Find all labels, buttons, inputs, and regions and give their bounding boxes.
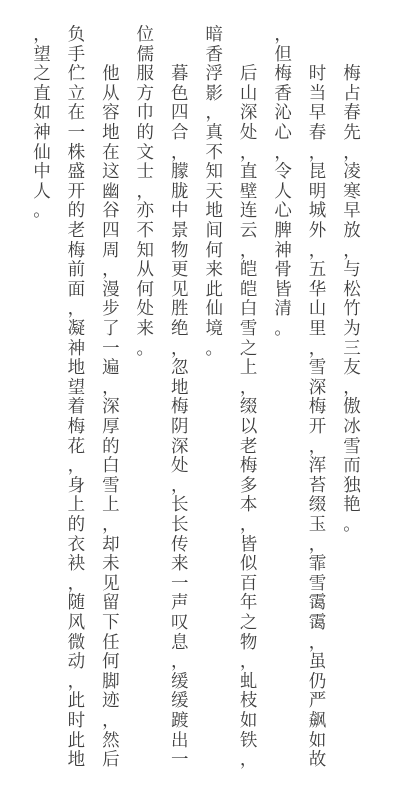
character-cell: 。: [205, 340, 223, 360]
character-cell: ，: [171, 653, 189, 673]
character-cell: 盛: [67, 163, 85, 183]
character-cell: 傲: [343, 398, 361, 418]
paragraph-5: 他从容地在这幽谷四周，漫步了一遍，深厚的白雪上，却未见留下任何脚迹，然后负手伫立…: [0, 0, 400, 800]
character-cell: 此: [205, 281, 223, 301]
character-cell: ，: [171, 340, 189, 360]
character-cell: 以: [240, 418, 258, 438]
character-cell: 。: [33, 202, 51, 222]
character-cell: 厚: [102, 418, 120, 438]
character-cell: 老: [67, 222, 85, 242]
character-cell: 此: [67, 732, 85, 752]
character-cell: 四: [102, 222, 120, 242]
character-cell: 位: [136, 26, 154, 46]
character-cell: ，: [136, 183, 154, 203]
character-cell: ，: [240, 379, 258, 399]
character-cell: 上: [240, 359, 258, 379]
character-cell: 上: [102, 496, 120, 516]
character-cell: 早: [343, 202, 361, 222]
character-cell: 负: [67, 26, 85, 46]
character-cell: 地: [171, 379, 189, 399]
character-cell: 着: [67, 398, 85, 418]
paragraph-3: 后山深处，直壁连云，皑皑白雪之上，缀以老梅多本，皆似百年之物，虬枝如铁，暗香浮影…: [0, 0, 400, 800]
character-cell: 外: [309, 222, 327, 242]
character-cell: 白: [240, 300, 258, 320]
character-cell: 遍: [102, 359, 120, 379]
character-cell: 云: [240, 222, 258, 242]
character-cell: 何: [136, 281, 154, 301]
character-cell: 立: [67, 85, 85, 105]
character-cell: 艳: [343, 496, 361, 516]
character-cell: 雪: [343, 438, 361, 458]
character-cell: ，: [67, 300, 85, 320]
character-cell: ，: [240, 516, 258, 536]
character-cell: ，: [274, 26, 292, 46]
character-cell: 梅: [274, 65, 292, 85]
character-cell: 从: [102, 85, 120, 105]
character-cell: 五: [309, 261, 327, 281]
character-cell: 暮: [171, 65, 189, 85]
reader-page: 梅占春先，凌寒早放，与松竹为三友，傲冰雪而独艳。时当早春，昆明城外，五华山里，雪…: [0, 0, 400, 800]
character-cell: 玉: [309, 516, 327, 536]
character-cell: 仙: [205, 300, 223, 320]
character-cell: 早: [309, 104, 327, 124]
character-cell: 仙: [33, 144, 51, 164]
character-cell: 雪: [309, 359, 327, 379]
character-cell: 明: [309, 183, 327, 203]
character-cell: 幽: [102, 183, 120, 203]
character-cell: 缓: [171, 692, 189, 712]
character-cell: 白: [102, 457, 120, 477]
character-cell: 先: [343, 124, 361, 144]
character-cell: 山: [309, 300, 327, 320]
character-cell: 处: [240, 124, 258, 144]
character-cell: 飙: [309, 712, 327, 732]
character-cell: 间: [205, 222, 223, 242]
character-cell: 漫: [102, 281, 120, 301]
character-cell: 更: [171, 261, 189, 281]
character-cell: 骨: [274, 261, 292, 281]
paragraph-4: 暮色四合，朦胧中景物更见胜绝，忽地梅阴深处，长长传来一声叹息，缓缓踱出一位儒服方…: [0, 0, 400, 800]
character-cell: 梅: [343, 65, 361, 85]
character-cell: 梅: [171, 398, 189, 418]
character-cell: 缓: [171, 673, 189, 693]
character-cell: 香: [205, 46, 223, 66]
character-cell: ，: [240, 653, 258, 673]
character-cell: 地: [205, 202, 223, 222]
character-cell: 清: [274, 300, 292, 320]
character-cell: 壁: [240, 183, 258, 203]
character-cell: 皑: [240, 281, 258, 301]
character-cell: 叹: [171, 614, 189, 634]
character-cell: 容: [102, 104, 120, 124]
character-cell: 苔: [309, 477, 327, 497]
character-cell: 冰: [343, 418, 361, 438]
character-cell: 三: [343, 340, 361, 360]
character-cell: 后: [102, 751, 120, 771]
character-cell: 之: [240, 614, 258, 634]
character-cell: 霭: [309, 594, 327, 614]
character-cell: 里: [309, 320, 327, 340]
character-cell: 出: [171, 732, 189, 752]
character-cell: 时: [67, 712, 85, 732]
character-cell: 春: [309, 124, 327, 144]
character-cell: 的: [102, 438, 120, 458]
character-cell: 知: [205, 163, 223, 183]
character-cell: ，: [309, 242, 327, 262]
character-cell: 竹: [343, 300, 361, 320]
character-cell: 声: [171, 594, 189, 614]
character-cell: 脚: [102, 673, 120, 693]
character-cell: 胧: [171, 183, 189, 203]
character-cell: 皆: [240, 536, 258, 556]
character-cell: ，: [274, 144, 292, 164]
character-cell: 寒: [343, 183, 361, 203]
character-cell: 步: [102, 300, 120, 320]
character-cell: 处: [171, 457, 189, 477]
character-cell: 下: [102, 614, 120, 634]
character-cell: 息: [171, 634, 189, 654]
character-cell: 之: [33, 65, 51, 85]
character-cell: 深: [102, 398, 120, 418]
character-cell: 梅: [309, 398, 327, 418]
character-cell: 香: [274, 85, 292, 105]
character-cell: 仍: [309, 673, 327, 693]
character-cell: ，: [102, 379, 120, 399]
character-cell: ，: [343, 144, 361, 164]
character-cell: 长: [171, 516, 189, 536]
character-cell: 当: [309, 85, 327, 105]
character-cell: 上: [67, 496, 85, 516]
character-cell: 浮: [205, 65, 223, 85]
character-cell: ，: [67, 575, 85, 595]
character-cell: 忽: [171, 359, 189, 379]
character-cell: 。: [343, 516, 361, 536]
character-cell: 随: [67, 594, 85, 614]
character-cell: 身: [67, 477, 85, 497]
character-cell: 松: [343, 281, 361, 301]
character-cell: ，: [67, 673, 85, 693]
character-cell: 友: [343, 359, 361, 379]
character-cell: 放: [343, 222, 361, 242]
character-cell: 地: [67, 359, 85, 379]
character-cell: ，: [205, 104, 223, 124]
character-cell: 未: [102, 555, 120, 575]
character-cell: 严: [309, 692, 327, 712]
character-cell: 。: [136, 340, 154, 360]
character-cell: 衣: [67, 536, 85, 556]
character-cell: 绝: [171, 320, 189, 340]
character-cell: 面: [67, 281, 85, 301]
character-cell: 见: [171, 281, 189, 301]
character-cell: ，: [309, 634, 327, 654]
character-cell: 士: [136, 163, 154, 183]
character-cell: 雪: [102, 477, 120, 497]
character-cell: ，: [102, 712, 120, 732]
character-cell: 神: [33, 124, 51, 144]
character-cell: ，: [343, 242, 361, 262]
character-cell: 服: [136, 65, 154, 85]
character-cell: 暗: [205, 26, 223, 46]
character-cell: 处: [136, 300, 154, 320]
character-cell: 缀: [309, 496, 327, 516]
character-cell: 霭: [309, 614, 327, 634]
character-cell: 却: [102, 536, 120, 556]
character-cell: 在: [102, 144, 120, 164]
character-cell: 与: [343, 261, 361, 281]
character-cell: 了: [102, 320, 120, 340]
character-cell: 虽: [309, 653, 327, 673]
character-cell: ，: [102, 516, 120, 536]
character-cell: 而: [343, 457, 361, 477]
character-cell: 凌: [343, 163, 361, 183]
character-cell: 春: [343, 104, 361, 124]
character-cell: 四: [171, 104, 189, 124]
character-cell: 如: [240, 712, 258, 732]
character-cell: 凝: [67, 320, 85, 340]
character-cell: 文: [136, 144, 154, 164]
character-cell: 的: [67, 516, 85, 536]
character-cell: 儒: [136, 46, 154, 66]
character-cell: 方: [136, 85, 154, 105]
character-cell: 迹: [102, 692, 120, 712]
character-cell: 霏: [309, 555, 327, 575]
character-cell: ，: [309, 340, 327, 360]
character-cell: 望: [33, 46, 51, 66]
character-cell: 如: [309, 732, 327, 752]
character-cell: 梅: [67, 242, 85, 262]
character-cell: 天: [205, 183, 223, 203]
character-cell: 来: [171, 555, 189, 575]
character-cell: 合: [171, 124, 189, 144]
character-cell: 朦: [171, 163, 189, 183]
character-cell: 人: [33, 183, 51, 203]
character-cell: 昆: [309, 163, 327, 183]
character-cell: 胜: [171, 300, 189, 320]
vertical-text-area: 梅占春先，凌寒早放，与松竹为三友，傲冰雪而独艳。时当早春，昆明城外，五华山里，雪…: [0, 0, 400, 800]
character-cell: 一: [67, 124, 85, 144]
character-cell: ，: [102, 261, 120, 281]
character-cell: ，: [309, 536, 327, 556]
character-cell: 独: [343, 477, 361, 497]
character-cell: 缀: [240, 398, 258, 418]
character-cell: 亦: [136, 202, 154, 222]
character-cell: 城: [309, 202, 327, 222]
character-cell: 本: [240, 496, 258, 516]
character-cell: 来: [205, 261, 223, 281]
character-cell: 传: [171, 536, 189, 556]
character-cell: 梅: [67, 418, 85, 438]
character-cell: 物: [171, 242, 189, 262]
character-cell: 知: [136, 242, 154, 262]
character-cell: 一: [102, 340, 120, 360]
character-cell: 深: [309, 379, 327, 399]
character-cell: 铁: [240, 732, 258, 752]
character-cell: 景: [171, 222, 189, 242]
character-cell: 神: [67, 340, 85, 360]
character-cell: 深: [171, 438, 189, 458]
character-cell: 何: [102, 653, 120, 673]
character-cell: 不: [136, 222, 154, 242]
character-cell: 袂: [67, 555, 85, 575]
character-cell: 老: [240, 438, 258, 458]
character-cell: 的: [136, 124, 154, 144]
character-cell: 神: [274, 242, 292, 262]
character-cell: 中: [33, 163, 51, 183]
character-cell: 株: [67, 144, 85, 164]
character-cell: 人: [274, 183, 292, 203]
character-cell: 留: [102, 594, 120, 614]
character-cell: 似: [240, 555, 258, 575]
character-cell: 心: [274, 202, 292, 222]
character-cell: 年: [240, 594, 258, 614]
character-cell: 。: [274, 320, 292, 340]
character-cell: 不: [205, 144, 223, 164]
character-cell: 踱: [171, 712, 189, 732]
character-cell: ，: [240, 144, 258, 164]
character-cell: 多: [240, 477, 258, 497]
paragraph-2: 时当早春，昆明城外，五华山里，雪深梅开，浑苔缀玉，霏雪霭霭，虽仍严飙如故，但梅香…: [0, 0, 400, 800]
character-cell: 见: [102, 575, 120, 595]
character-cell: 雪: [309, 575, 327, 595]
character-cell: 一: [171, 575, 189, 595]
character-cell: 心: [274, 124, 292, 144]
character-cell: ，: [171, 477, 189, 497]
character-cell: ，: [309, 144, 327, 164]
character-cell: 脾: [274, 222, 292, 242]
character-cell: ，: [33, 26, 51, 46]
character-cell: 长: [171, 496, 189, 516]
character-cell: 梅: [240, 457, 258, 477]
character-cell: 微: [67, 634, 85, 654]
character-cell: 动: [67, 653, 85, 673]
character-cell: 手: [67, 46, 85, 66]
character-cell: 地: [67, 751, 85, 771]
character-cell: 百: [240, 575, 258, 595]
character-cell: 来: [136, 320, 154, 340]
character-cell: 物: [240, 634, 258, 654]
character-cell: 时: [309, 65, 327, 85]
character-cell: 谷: [102, 202, 120, 222]
character-cell: 深: [240, 104, 258, 124]
character-cell: 一: [171, 751, 189, 771]
character-cell: 沁: [274, 104, 292, 124]
character-cell: 雪: [240, 320, 258, 340]
character-cell: 这: [102, 163, 120, 183]
character-cell: 令: [274, 163, 292, 183]
character-cell: ，: [309, 438, 327, 458]
character-cell: 山: [240, 85, 258, 105]
character-cell: 浑: [309, 457, 327, 477]
character-cell: 直: [33, 85, 51, 105]
character-cell: ，: [240, 751, 258, 771]
character-cell: 但: [274, 46, 292, 66]
character-cell: 故: [309, 751, 327, 771]
character-cell: 伫: [67, 65, 85, 85]
character-cell: 风: [67, 614, 85, 634]
character-cell: 巾: [136, 104, 154, 124]
character-cell: 后: [240, 65, 258, 85]
character-cell: 前: [67, 261, 85, 281]
character-cell: 真: [205, 124, 223, 144]
character-cell: 为: [343, 320, 361, 340]
character-cell: ，: [343, 379, 361, 399]
character-cell: 连: [240, 202, 258, 222]
character-cell: 的: [67, 202, 85, 222]
character-cell: 望: [67, 379, 85, 399]
character-cell: 占: [343, 85, 361, 105]
character-cell: 他: [102, 65, 120, 85]
character-cell: ，: [67, 457, 85, 477]
character-cell: 枝: [240, 692, 258, 712]
character-cell: 色: [171, 85, 189, 105]
character-cell: 从: [136, 261, 154, 281]
paragraph-1: 梅占春先，凌寒早放，与松竹为三友，傲冰雪而独艳。: [0, 0, 400, 800]
character-cell: 在: [67, 104, 85, 124]
character-cell: 开: [309, 418, 327, 438]
character-cell: 此: [67, 692, 85, 712]
character-cell: 直: [240, 163, 258, 183]
character-cell: 之: [240, 340, 258, 360]
character-cell: 周: [102, 242, 120, 262]
character-cell: 然: [102, 732, 120, 752]
character-cell: 花: [67, 438, 85, 458]
character-cell: 开: [67, 183, 85, 203]
character-cell: 皑: [240, 261, 258, 281]
character-cell: ，: [171, 144, 189, 164]
character-cell: 虬: [240, 673, 258, 693]
character-cell: 何: [205, 242, 223, 262]
character-cell: 阴: [171, 418, 189, 438]
character-cell: 任: [102, 634, 120, 654]
character-cell: ，: [240, 242, 258, 262]
character-cell: 中: [171, 202, 189, 222]
character-cell: 皆: [274, 281, 292, 301]
character-cell: 影: [205, 85, 223, 105]
character-cell: 华: [309, 281, 327, 301]
character-cell: 地: [102, 124, 120, 144]
character-cell: 如: [33, 104, 51, 124]
character-cell: 境: [205, 320, 223, 340]
